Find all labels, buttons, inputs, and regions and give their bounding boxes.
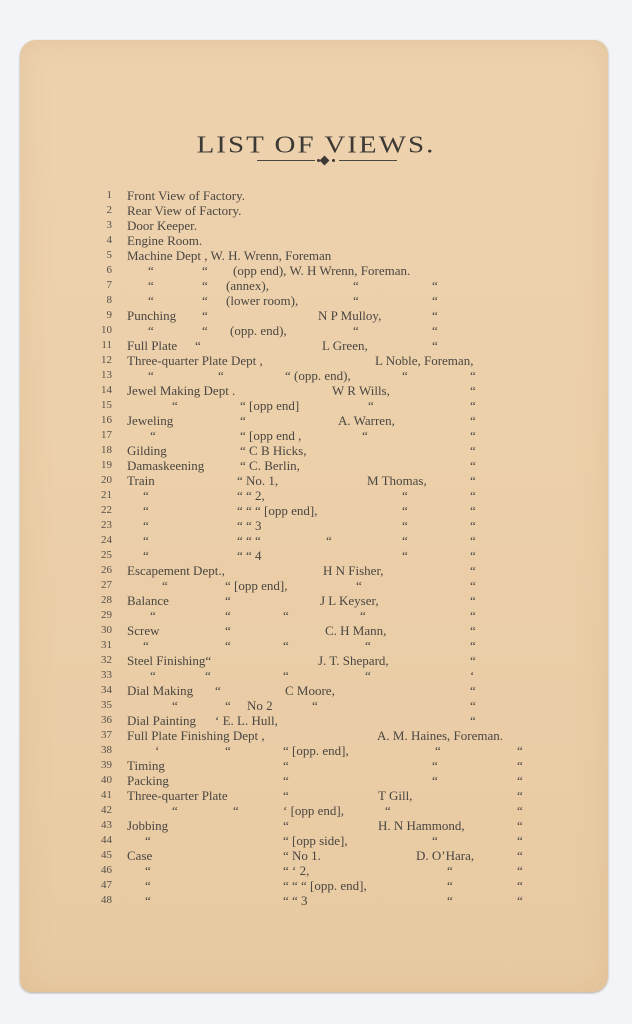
view-cell: “ — [143, 638, 149, 653]
ornament-dot-right — [332, 159, 335, 162]
view-cell: “ — [432, 293, 438, 308]
view-cell: “ — [145, 893, 151, 908]
view-cell: “ — [470, 683, 476, 698]
view-cell: “ [opp end], — [225, 578, 287, 593]
view-cell: “ — [447, 893, 453, 908]
view-cell: “ — [432, 833, 438, 848]
view-cell: L Noble, Foreman, — [375, 353, 473, 368]
view-cell: Case — [127, 848, 152, 863]
view-cell: (lower room), — [226, 293, 298, 308]
view-number: 39 — [90, 758, 112, 773]
view-list-item: 11Full Plate“L Green,“ — [0, 338, 632, 353]
view-cell: Balance — [127, 593, 169, 608]
view-cell: “ — [447, 878, 453, 893]
view-cell: “ — [432, 308, 438, 323]
view-number: 26 — [90, 563, 112, 578]
view-cell: “ “ 3 — [237, 518, 262, 533]
view-cell: “ — [225, 638, 231, 653]
view-cell: D. O’Hara, — [416, 848, 474, 863]
view-cell: “ — [202, 293, 208, 308]
view-cell: Punching — [127, 308, 176, 323]
view-cell: “ — [470, 653, 476, 668]
view-list-item: 39Timing“““ — [0, 758, 632, 773]
view-cell: “ “ “ [opp. end], — [283, 878, 367, 893]
view-cell: “ [opp end , — [240, 428, 301, 443]
view-number: 13 — [90, 368, 112, 383]
view-cell: Engine Room. — [127, 233, 202, 248]
view-list-item: 27““ [opp end],““ — [0, 578, 632, 593]
view-cell: Door Keeper. — [127, 218, 197, 233]
view-list-item: 20Train“ No. 1,M Thomas,“ — [0, 473, 632, 488]
view-list-item: 45Case“ No 1.D. O’Hara,“ — [0, 848, 632, 863]
view-number: 23 — [90, 518, 112, 533]
view-cell: “ — [283, 758, 289, 773]
view-cell: “ — [148, 278, 154, 293]
view-cell: “ — [143, 548, 149, 563]
view-list-item: 8““(lower room),““ — [0, 293, 632, 308]
view-cell: “ — [470, 368, 476, 383]
view-list-item: 30Screw“C. H Mann,“ — [0, 623, 632, 638]
view-cell: N P Mulloy, — [318, 308, 381, 323]
view-number: 43 — [90, 818, 112, 833]
view-cell: “ No 1. — [283, 848, 321, 863]
view-number: 40 — [90, 773, 112, 788]
view-list-item: 48““ “ 3““ — [0, 893, 632, 908]
view-cell: “ — [470, 608, 476, 623]
view-cell: ‘ — [155, 743, 159, 758]
view-number: 6 — [90, 263, 112, 278]
view-number: 44 — [90, 833, 112, 848]
view-list-item: 33““““‘ — [0, 668, 632, 683]
view-cell: J L Keyser, — [320, 593, 379, 608]
view-number: 35 — [90, 698, 112, 713]
view-cell: Dial Making — [127, 683, 193, 698]
view-cell: Jobbing — [127, 818, 168, 833]
view-number: 17 — [90, 428, 112, 443]
view-cell: ‘ — [470, 668, 474, 683]
view-cell: Damaskeening — [127, 458, 204, 473]
view-list-item: 41Three-quarter Plate“T Gill,“ — [0, 788, 632, 803]
view-cell: “ — [202, 263, 208, 278]
view-list-item: 38‘““ [opp. end],““ — [0, 743, 632, 758]
view-cell: “ — [143, 518, 149, 533]
view-cell: Full Plate — [127, 338, 177, 353]
view-cell: “ — [312, 698, 318, 713]
view-cell: “ — [432, 758, 438, 773]
view-cell: “ — [283, 668, 289, 683]
view-cell: H. N Hammond, — [378, 818, 465, 833]
view-list-item: 40Packing“““ — [0, 773, 632, 788]
view-cell: “ — [432, 278, 438, 293]
view-cell: “ — [470, 458, 476, 473]
view-number: 32 — [90, 653, 112, 668]
view-cell: “ — [517, 818, 523, 833]
view-list-item: 47““ “ “ [opp. end],““ — [0, 878, 632, 893]
view-number: 42 — [90, 803, 112, 818]
view-cell: “ — [517, 773, 523, 788]
view-number: 29 — [90, 608, 112, 623]
view-number: 5 — [90, 248, 112, 263]
view-cell: “ — [402, 533, 408, 548]
view-cell: “ — [225, 608, 231, 623]
view-cell: (opp end), W. H Wrenn, Foreman. — [233, 263, 410, 278]
view-cell: “ — [470, 443, 476, 458]
view-cell: “ “ 2, — [237, 488, 265, 503]
view-cell: “ — [283, 818, 289, 833]
view-list-item: 3Door Keeper. — [0, 218, 632, 233]
view-cell: “ — [432, 338, 438, 353]
view-cell: “ [opp. end], — [283, 743, 349, 758]
view-number: 4 — [90, 233, 112, 248]
view-cell: L Green, — [322, 338, 368, 353]
view-cell: “ — [470, 503, 476, 518]
view-list-item: 5Machine Dept , W. H. Wrenn, Foreman — [0, 248, 632, 263]
view-cell: A. M. Haines, Foreman. — [377, 728, 503, 743]
view-cell: “ — [470, 518, 476, 533]
view-list-item: 28Balance“J L Keyser,“ — [0, 593, 632, 608]
view-cell: “ ‘ 2, — [283, 863, 309, 878]
view-cell: Train — [127, 473, 155, 488]
view-cell: “ — [143, 503, 149, 518]
view-cell: “ — [470, 548, 476, 563]
view-list-item: 4Engine Room. — [0, 233, 632, 248]
view-cell: “ — [517, 848, 523, 863]
view-number: 3 — [90, 218, 112, 233]
view-cell: Steel Finishing“ — [127, 653, 211, 668]
view-cell: (annex), — [226, 278, 269, 293]
view-cell: “ — [402, 488, 408, 503]
view-cell: “ — [517, 893, 523, 908]
view-list-item: 35““No 2““ — [0, 698, 632, 713]
view-cell: “ — [143, 488, 149, 503]
view-cell: M Thomas, — [367, 473, 427, 488]
view-cell: Rear View of Factory. — [127, 203, 241, 218]
view-cell: “ — [470, 398, 476, 413]
view-cell: Escapement Dept., — [127, 563, 225, 578]
view-list-item: 26Escapement Dept.,H N Fisher,“ — [0, 563, 632, 578]
view-list-item: 34Dial Making“C Moore,“ — [0, 683, 632, 698]
view-cell: Jeweling — [127, 413, 173, 428]
view-cell: T Gill, — [378, 788, 412, 803]
view-cell: Gilding — [127, 443, 167, 458]
view-cell: “ — [470, 413, 476, 428]
view-cell: “ — [402, 503, 408, 518]
view-cell: “ No. 1, — [237, 473, 278, 488]
view-number: 11 — [90, 338, 112, 353]
view-number: 1 — [90, 188, 112, 203]
view-cell: “ — [145, 863, 151, 878]
view-cell: “ — [326, 533, 332, 548]
view-cell: “ — [517, 788, 523, 803]
view-number: 15 — [90, 398, 112, 413]
view-number: 8 — [90, 293, 112, 308]
view-cell: “ C B Hicks, — [240, 443, 306, 458]
view-list-item: 9Punching“N P Mulloy,“ — [0, 308, 632, 323]
view-number: 34 — [90, 683, 112, 698]
view-cell: “ — [362, 428, 368, 443]
view-cell: H N Fisher, — [323, 563, 384, 578]
view-number: 41 — [90, 788, 112, 803]
view-cell: “ — [148, 263, 154, 278]
view-cell: “ — [172, 803, 178, 818]
view-list-item: 46““ ‘ 2,““ — [0, 863, 632, 878]
view-cell: (opp. end), — [230, 323, 287, 338]
view-list-item: 7““(annex),““ — [0, 278, 632, 293]
view-cell: “ — [233, 803, 239, 818]
view-cell: Screw — [127, 623, 160, 638]
view-number: 31 — [90, 638, 112, 653]
view-list-item: 13“““ (opp. end),““ — [0, 368, 632, 383]
view-number: 37 — [90, 728, 112, 743]
view-cell: “ — [195, 338, 201, 353]
view-cell: “ — [470, 473, 476, 488]
view-list-item: 17““ [opp end ,““ — [0, 428, 632, 443]
view-cell: Dial Painting — [127, 713, 196, 728]
view-cell: Timing — [127, 758, 165, 773]
view-number: 24 — [90, 533, 112, 548]
ornament-line-right — [339, 160, 397, 161]
view-cell: “ — [172, 698, 178, 713]
view-number: 48 — [90, 893, 112, 908]
view-number: 18 — [90, 443, 112, 458]
view-cell: “ — [470, 623, 476, 638]
view-cell: “ — [470, 713, 476, 728]
view-cell: “ — [162, 578, 168, 593]
view-cell: “ — [365, 638, 371, 653]
view-cell: “ — [202, 323, 208, 338]
view-cell: Front View of Factory. — [127, 188, 245, 203]
view-list-item: 14Jewel Making Dept .W R Wills,“ — [0, 383, 632, 398]
view-cell: “ — [240, 413, 246, 428]
ornament-line-left — [257, 160, 315, 161]
view-cell: “ — [148, 293, 154, 308]
view-list-item: 22““ “ “ [opp end],““ — [0, 503, 632, 518]
view-number: 28 — [90, 593, 112, 608]
view-cell: “ — [150, 668, 156, 683]
view-cell: “ “ “ — [237, 533, 261, 548]
view-cell: “ — [517, 758, 523, 773]
view-number: 47 — [90, 878, 112, 893]
view-number: 19 — [90, 458, 112, 473]
view-cell: “ — [205, 668, 211, 683]
view-cell: “ “ 3 — [283, 893, 308, 908]
view-number: 45 — [90, 848, 112, 863]
view-number: 36 — [90, 713, 112, 728]
view-list-item: 15““ [opp end]““ — [0, 398, 632, 413]
view-list-item: 42““‘ [opp end],““ — [0, 803, 632, 818]
view-list-item: 19Damaskeening“ C. Berlin,“ — [0, 458, 632, 473]
view-list-item: 37Full Plate Finishing Dept ,A. M. Haine… — [0, 728, 632, 743]
view-cell: Packing — [127, 773, 169, 788]
view-cell: “ — [218, 368, 224, 383]
view-cell: Jewel Making Dept . — [127, 383, 235, 398]
view-number: 21 — [90, 488, 112, 503]
view-cell: “ — [356, 578, 362, 593]
view-cell: “ — [470, 638, 476, 653]
view-cell: Three-quarter Plate — [127, 788, 228, 803]
view-cell: Full Plate Finishing Dept , — [127, 728, 265, 743]
view-cell: “ — [432, 323, 438, 338]
view-number: 9 — [90, 308, 112, 323]
view-list-item: 36Dial Painting‘ E. L. Hull,“ — [0, 713, 632, 728]
view-list-item: 24““ “ ““““ — [0, 533, 632, 548]
view-cell: “ — [353, 323, 359, 338]
view-list-item: 25““ “ 4““ — [0, 548, 632, 563]
view-cell: “ — [365, 668, 371, 683]
view-cell: “ — [517, 803, 523, 818]
view-cell: “ — [470, 533, 476, 548]
view-cell: Three-quarter Plate Dept , — [127, 353, 263, 368]
view-number: 2 — [90, 203, 112, 218]
view-cell: Machine Dept , W. H. Wrenn, Foreman — [127, 248, 331, 263]
view-number: 10 — [90, 323, 112, 338]
view-cell: “ — [435, 743, 441, 758]
view-cell: “ — [283, 773, 289, 788]
view-number: 30 — [90, 623, 112, 638]
view-cell: “ — [148, 323, 154, 338]
view-cell: “ — [432, 773, 438, 788]
view-cell: “ — [145, 833, 151, 848]
view-cell: ‘ [opp end], — [283, 803, 344, 818]
view-cell: C Moore, — [285, 683, 335, 698]
view-number: 7 — [90, 278, 112, 293]
view-list-item: 23““ “ 3““ — [0, 518, 632, 533]
view-cell: “ — [402, 548, 408, 563]
view-number: 12 — [90, 353, 112, 368]
view-number: 25 — [90, 548, 112, 563]
view-cell: “ — [517, 743, 523, 758]
view-cell: “ — [385, 803, 391, 818]
view-cell: “ (opp. end), — [285, 368, 351, 383]
view-cell: “ — [470, 488, 476, 503]
view-cell: “ “ “ [opp end], — [237, 503, 318, 518]
view-cell: “ — [470, 578, 476, 593]
view-list-item: 2Rear View of Factory. — [0, 203, 632, 218]
view-cell: J. T. Shepard, — [318, 653, 389, 668]
view-list-item: 31“““““ — [0, 638, 632, 653]
view-cell: “ — [470, 593, 476, 608]
view-cell: “ [opp side], — [283, 833, 348, 848]
view-cell: “ — [470, 698, 476, 713]
view-number: 14 — [90, 383, 112, 398]
view-cell: No 2 — [247, 698, 273, 713]
view-cell: “ — [353, 293, 359, 308]
view-cell: “ — [148, 368, 154, 383]
view-number: 20 — [90, 473, 112, 488]
view-cell: “ — [225, 593, 231, 608]
view-cell: “ — [470, 383, 476, 398]
view-cell: “ — [150, 428, 156, 443]
view-number: 22 — [90, 503, 112, 518]
view-cell: “ — [517, 878, 523, 893]
view-cell: ‘ E. L. Hull, — [215, 713, 278, 728]
view-number: 16 — [90, 413, 112, 428]
view-list-item: 12Three-quarter Plate Dept ,L Noble, For… — [0, 353, 632, 368]
view-list-item: 18Gilding“ C B Hicks,“ — [0, 443, 632, 458]
view-list-item: 21““ “ 2,““ — [0, 488, 632, 503]
view-number: 38 — [90, 743, 112, 758]
view-cell: “ — [150, 608, 156, 623]
view-cell: “ — [470, 428, 476, 443]
view-cell: “ — [283, 608, 289, 623]
view-cell: “ — [145, 878, 151, 893]
view-cell: “ — [225, 698, 231, 713]
view-number: 33 — [90, 668, 112, 683]
view-cell: “ — [447, 863, 453, 878]
view-cell: “ — [353, 278, 359, 293]
view-cell: “ — [402, 368, 408, 383]
view-list-item: 1Front View of Factory. — [0, 188, 632, 203]
view-cell: “ — [225, 743, 231, 758]
view-number: 46 — [90, 863, 112, 878]
view-cell: “ [opp end] — [240, 398, 299, 413]
view-cell: “ — [368, 398, 374, 413]
view-cell: “ — [517, 833, 523, 848]
view-cell: “ — [172, 398, 178, 413]
view-cell: “ — [470, 563, 476, 578]
view-list-item: 10““(opp. end),““ — [0, 323, 632, 338]
view-list-item: 44““ [opp side],““ — [0, 833, 632, 848]
view-cell: “ — [225, 623, 231, 638]
ornament-divider — [257, 160, 397, 162]
view-list-item: 43Jobbing“H. N Hammond,“ — [0, 818, 632, 833]
view-cell: A. Warren, — [338, 413, 395, 428]
view-cell: “ C. Berlin, — [240, 458, 300, 473]
view-cell: “ — [215, 683, 221, 698]
view-cell: “ — [283, 638, 289, 653]
view-cell: “ — [202, 278, 208, 293]
view-cell: W R Wills, — [332, 383, 390, 398]
view-list-item: 29“““““ — [0, 608, 632, 623]
view-cell: “ — [202, 308, 208, 323]
view-list-item: 32Steel Finishing“J. T. Shepard,“ — [0, 653, 632, 668]
view-cell: C. H Mann, — [325, 623, 386, 638]
view-cell: “ “ 4 — [237, 548, 262, 563]
view-cell: “ — [283, 788, 289, 803]
view-cell: “ — [402, 518, 408, 533]
view-cell: “ — [517, 863, 523, 878]
view-cell: “ — [143, 533, 149, 548]
view-list-item: 16Jeweling“A. Warren,“ — [0, 413, 632, 428]
view-cell: “ — [360, 608, 366, 623]
view-list-item: 6““(opp end), W. H Wrenn, Foreman. — [0, 263, 632, 278]
page-title: LIST OF VIEWS. — [0, 132, 632, 159]
view-number: 27 — [90, 578, 112, 593]
